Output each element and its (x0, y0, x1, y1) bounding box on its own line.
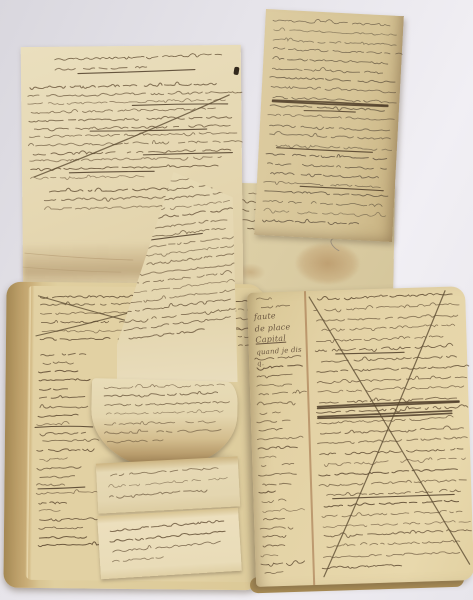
handwriting-block (106, 518, 233, 571)
handwriting-block (311, 290, 472, 579)
margin-word: faute (254, 311, 276, 321)
margin-annotations (253, 293, 301, 310)
notebook-right-page: faute de place Capital quand je dis q. (247, 286, 473, 587)
handwriting-block (259, 15, 398, 235)
ink-stain (295, 242, 360, 285)
margin-word: quand je dis q. (256, 345, 302, 368)
margin-annotations (253, 353, 310, 580)
pasted-slip (97, 508, 242, 579)
handwriting-block (100, 382, 230, 453)
handwriting-block (26, 81, 239, 183)
loose-sheet-top-right (254, 9, 404, 242)
handwriting-block (104, 465, 232, 506)
margin-word: Capital (255, 334, 286, 345)
manuscript-photo: faute de place Capital quand je dis q. (0, 0, 473, 600)
heading-handwriting (51, 53, 231, 79)
paper-strip-lower (96, 456, 240, 513)
margin-word: de place (254, 322, 290, 333)
margin-rule (304, 291, 315, 585)
margin-note-words: faute de place Capital quand je dis q. (254, 308, 308, 369)
ink-blot (233, 67, 239, 76)
